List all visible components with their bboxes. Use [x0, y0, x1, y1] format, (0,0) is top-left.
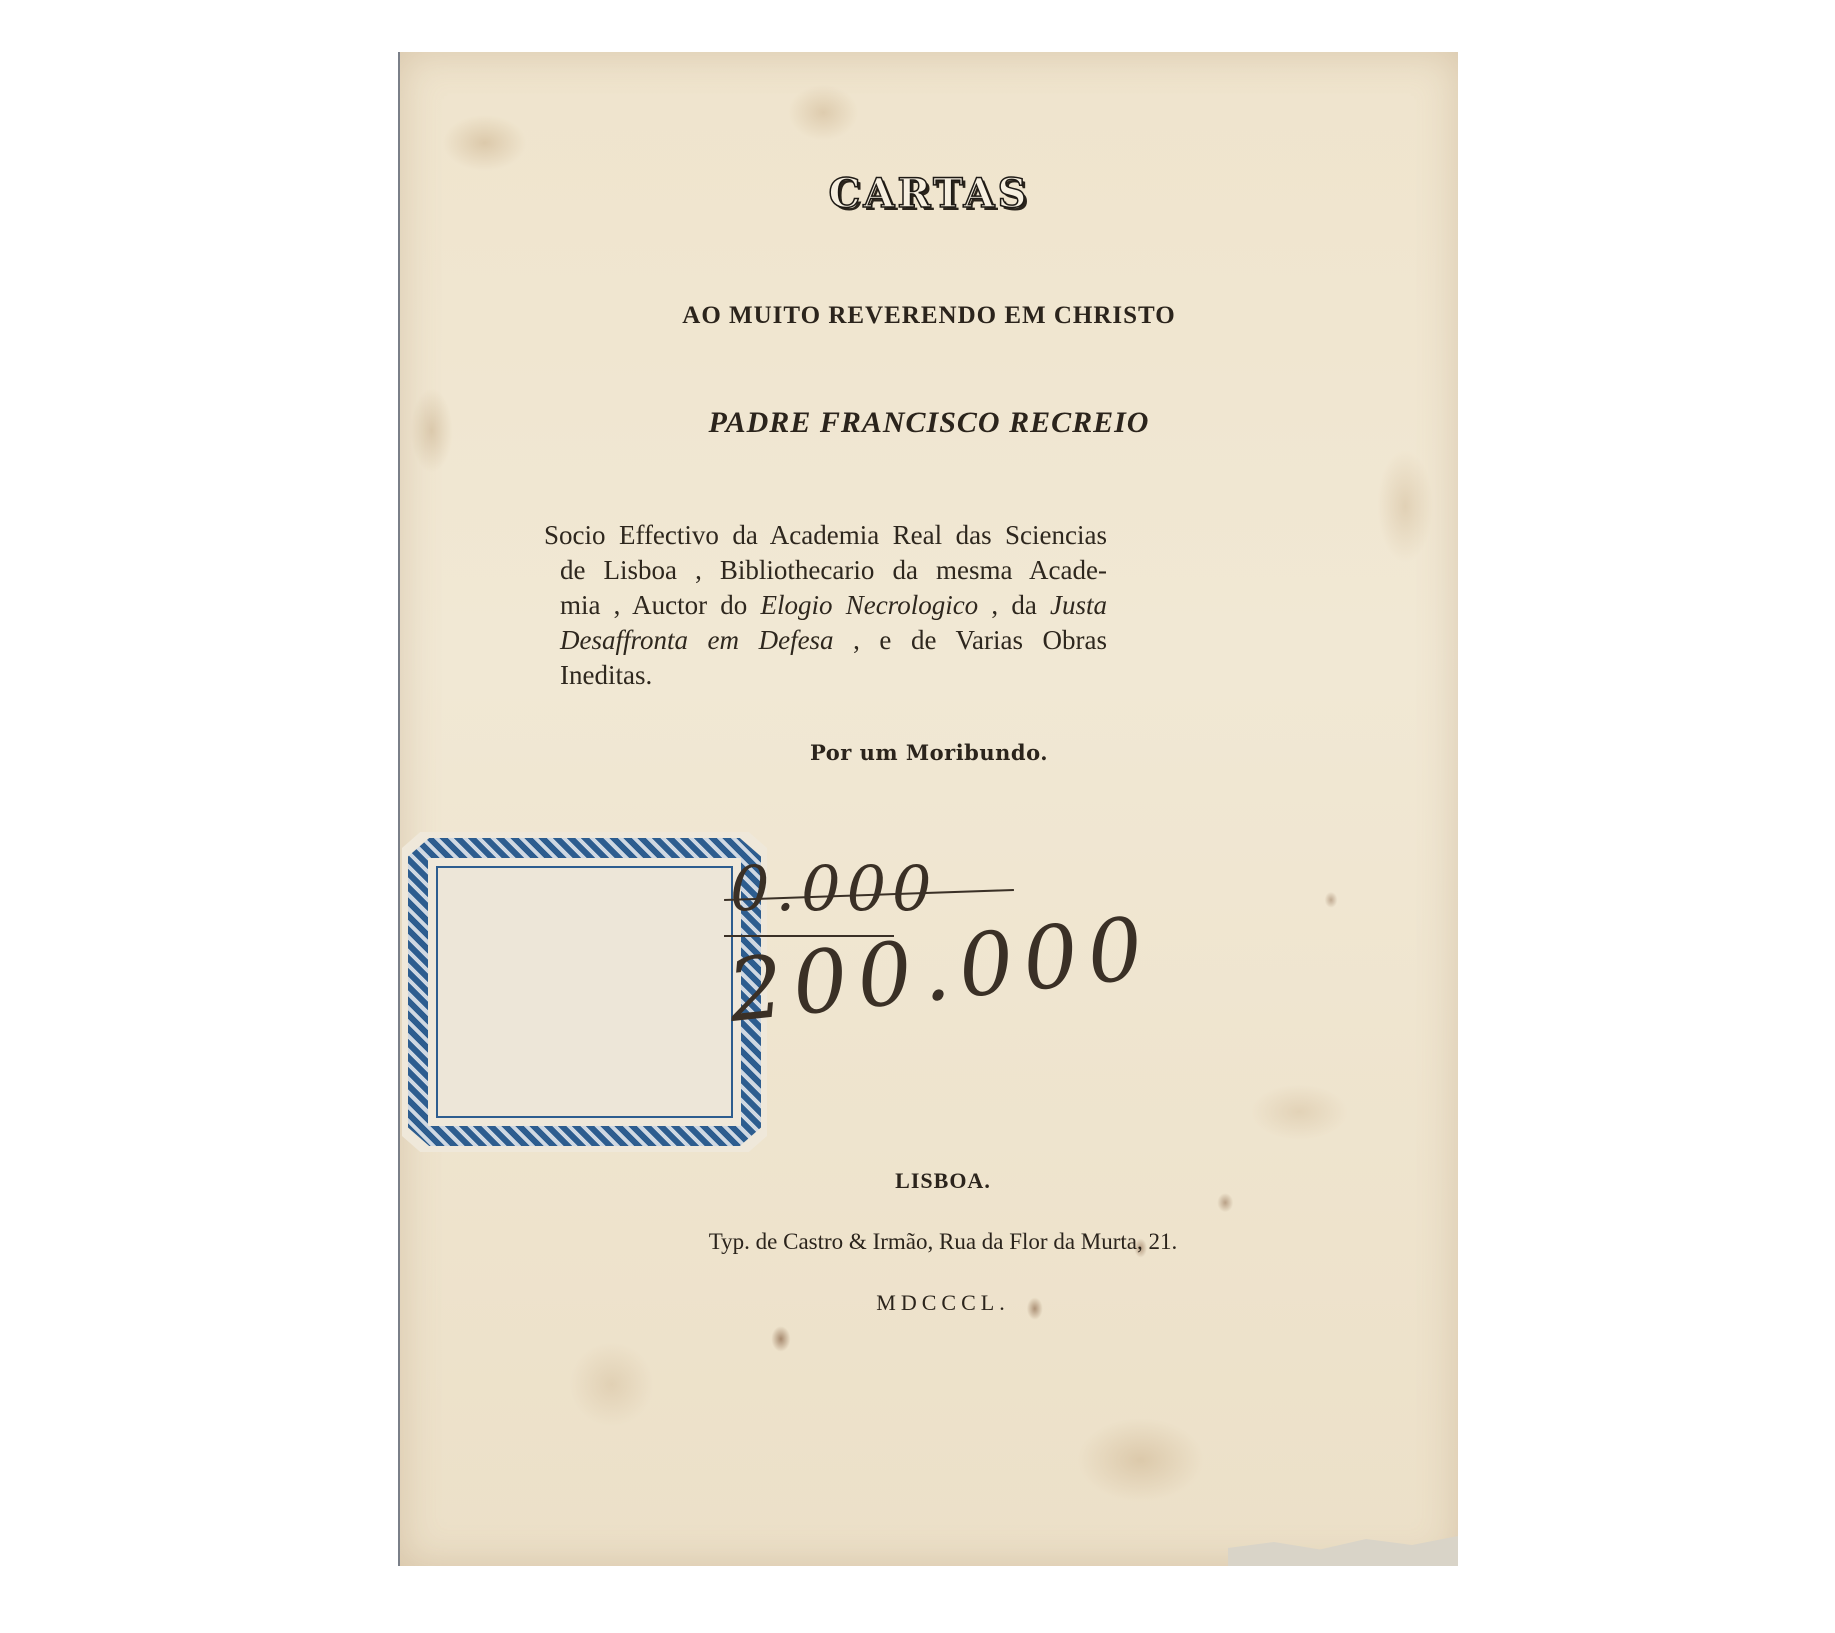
description-line-3: mia , Auctor do Elogio Necrologico , da …: [560, 588, 1107, 623]
description-line-1: Socio Effectivo da Academia Real das Sci…: [544, 518, 1107, 553]
description-line-5: Ineditas.: [560, 658, 1107, 693]
imprint-printer: Typ. de Castro & Irmão, Rua da Flor da M…: [400, 1229, 1458, 1255]
label-blank-area: [436, 866, 733, 1118]
work-title-desaffronta: Desaffronta em Defesa: [560, 625, 834, 655]
imprint-year: MDCCCL.: [400, 1290, 1458, 1316]
recipient-name: PADRE FRANCISCO RECREIO: [400, 406, 1458, 440]
description-line-2: de Lisboa , Bibliothecario da mesma Acad…: [560, 553, 1107, 588]
work-title-justa: Justa: [1050, 590, 1107, 620]
text-segment: mia , Auctor do: [560, 590, 761, 620]
handwritten-struck-price: 0.000: [730, 852, 938, 925]
description-line-4: Desaffronta em Defesa , e de Varias Obra…: [560, 623, 1107, 658]
document-title: CARTAS: [400, 170, 1458, 217]
work-title-elogio: Elogio Necrologico: [761, 590, 979, 620]
text-segment: , da: [978, 590, 1050, 620]
text-segment: , e de Varias Obras: [834, 625, 1107, 655]
title-page: CARTAS AO MUITO REVERENDO EM CHRISTO PAD…: [398, 52, 1458, 1566]
library-label-sticker: [402, 832, 767, 1152]
torn-page-corner: [1228, 1536, 1458, 1566]
addressee-line: AO MUITO REVERENDO EM CHRISTO: [400, 302, 1458, 330]
imprint-city: LISBOA.: [400, 1168, 1458, 1194]
recipient-description: Socio Effectivo da Academia Real das Sci…: [560, 518, 1107, 693]
author-line: Por um Moribundo.: [400, 740, 1458, 765]
